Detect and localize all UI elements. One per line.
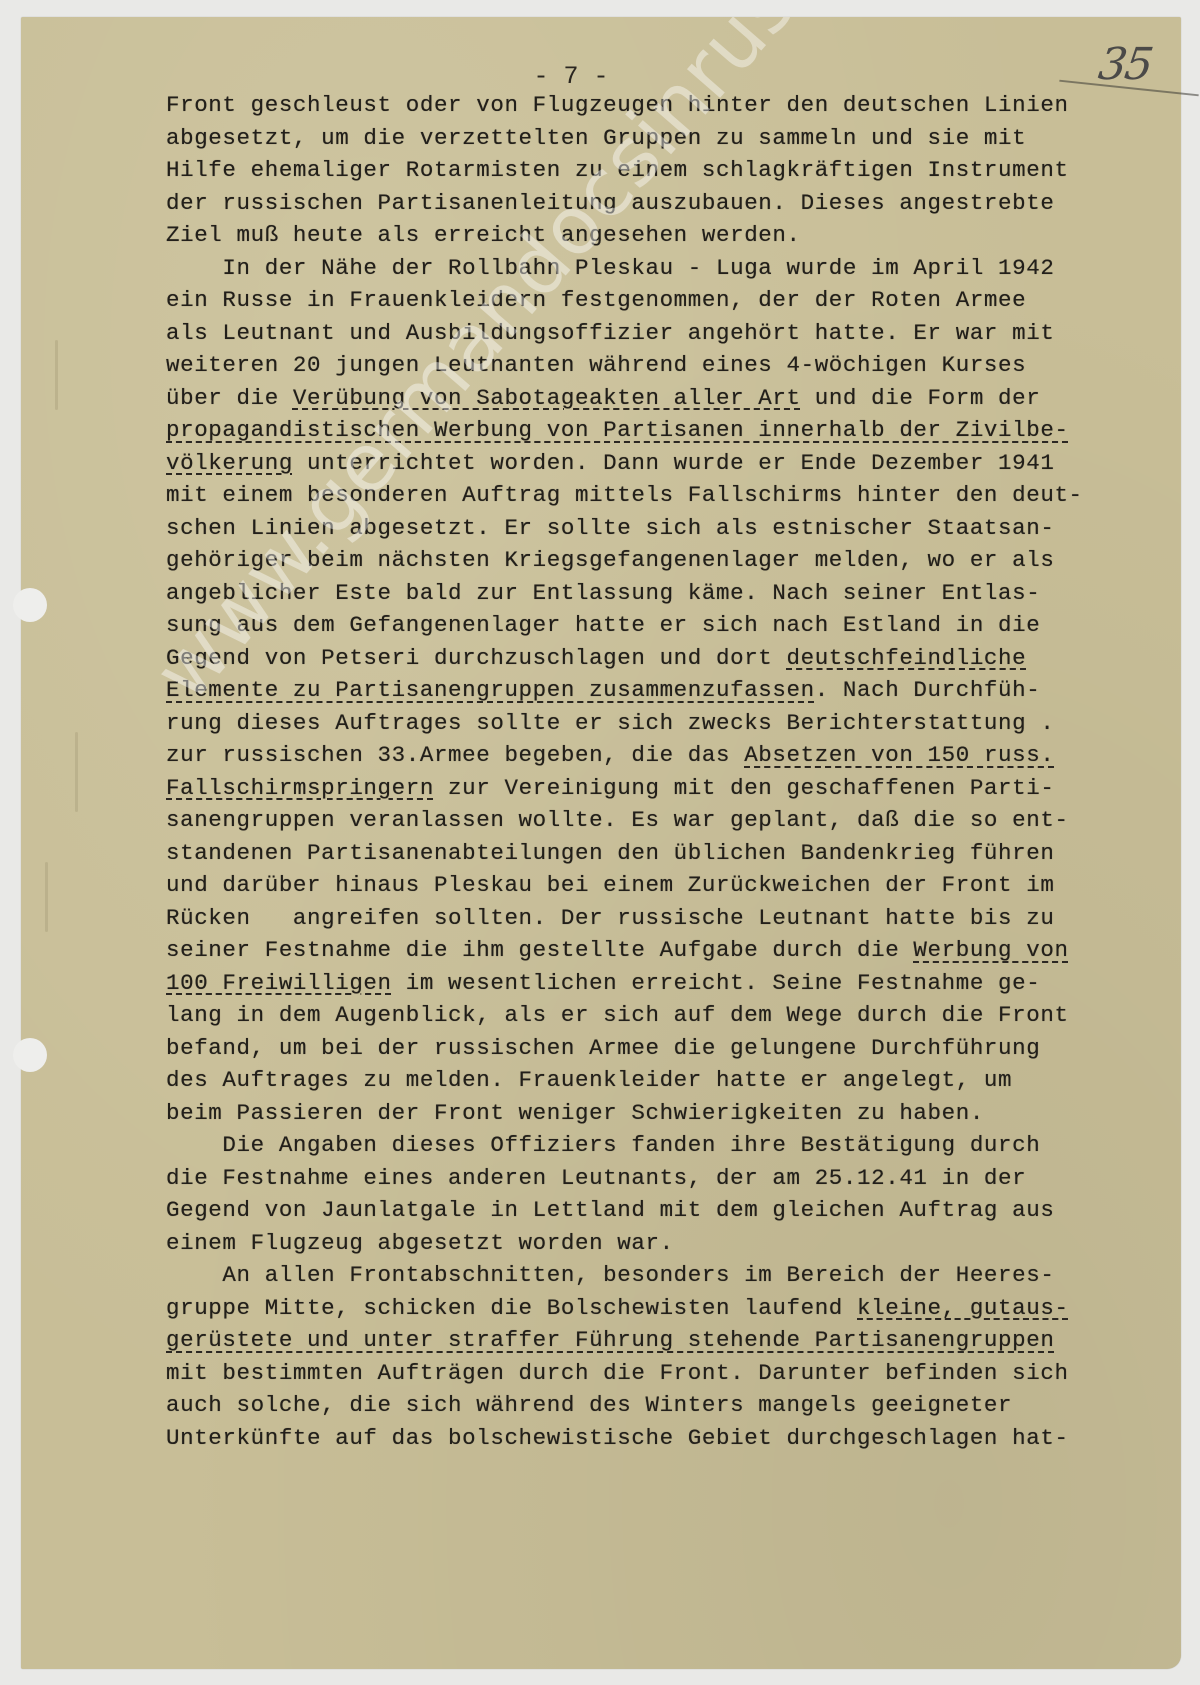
handwritten-archive-number: 35 — [1095, 39, 1154, 90]
text-segment: . Nach Durchfüh- — [815, 677, 1041, 703]
punch-hole-bottom — [13, 1038, 47, 1072]
text-segment: über die — [166, 385, 293, 411]
text-segment: mit einem besonderen Auftrag mittels Fal… — [166, 482, 1083, 508]
text-segment: Front geschleust oder von Flugzeugen hin… — [166, 92, 1069, 118]
text-line: lang in dem Augenblick, als er sich auf … — [166, 999, 1146, 1032]
text-line: gehöriger beim nächsten Kriegsgefangenen… — [166, 544, 1146, 577]
text-segment: und darüber hinaus Pleskau bei einem Zur… — [166, 872, 1054, 898]
text-line: Ziel muß heute als erreicht angesehen we… — [166, 219, 1146, 252]
text-line: Gegend von Jaunlatgale in Lettland mit d… — [166, 1194, 1146, 1227]
text-segment: Ziel muß heute als erreicht angesehen we… — [166, 222, 801, 248]
text-line: beim Passieren der Front weniger Schwier… — [166, 1097, 1146, 1130]
underlined-phrase: Werbung von — [913, 937, 1068, 963]
text-line: einem Flugzeug abgesetzt worden war. — [166, 1227, 1146, 1260]
text-segment: weiteren 20 jungen Leutnanten während ei… — [166, 352, 1026, 378]
text-line: auch solche, die sich während des Winter… — [166, 1389, 1146, 1422]
text-segment: Rücken angreifen sollten. Der russische … — [166, 905, 1054, 931]
text-line: Fallschirmspringern zur Vereinigung mit … — [166, 772, 1146, 805]
text-segment: und die Form der — [801, 385, 1041, 411]
text-segment: gruppe Mitte, schicken die Bolschewisten… — [166, 1295, 857, 1321]
text-line: schen Linien abgesetzt. Er sollte sich a… — [166, 512, 1146, 545]
text-segment: zur russischen 33.Armee begeben, die das — [166, 742, 744, 768]
page-number: - 7 - — [0, 62, 1151, 91]
text-segment: An allen Frontabschnitten, besonders im … — [166, 1262, 1054, 1288]
text-line: Gegend von Petseri durchzuschlagen und d… — [166, 642, 1146, 675]
text-line: völkerung unterrichtet worden. Dann wurd… — [166, 447, 1146, 480]
text-line: Unterkünfte auf das bolschewistische Geb… — [166, 1422, 1146, 1455]
text-segment: Gegend von Jaunlatgale in Lettland mit d… — [166, 1197, 1054, 1223]
text-line: Rücken angreifen sollten. Der russische … — [166, 902, 1146, 935]
underlined-phrase: Fallschirmspringern — [166, 775, 434, 801]
text-segment: rung dieses Auftrages sollte er sich zwe… — [166, 710, 1054, 736]
underlined-phrase: propagandistischen Werbung von Partisane… — [166, 417, 1069, 443]
text-segment: beim Passieren der Front weniger Schwier… — [166, 1100, 984, 1126]
text-line: seiner Festnahme die ihm gestellte Aufga… — [166, 934, 1146, 967]
text-line: mit einem besonderen Auftrag mittels Fal… — [166, 479, 1146, 512]
text-line: An allen Frontabschnitten, besonders im … — [166, 1259, 1146, 1292]
text-line: abgesetzt, um die verzettelten Gruppen z… — [166, 122, 1146, 155]
paper-crease — [45, 862, 48, 932]
text-line: befand, um bei der russischen Armee die … — [166, 1032, 1146, 1065]
text-line: angeblicher Este bald zur Entlassung käm… — [166, 577, 1146, 610]
text-segment: Hilfe ehemaliger Rotarmisten zu einem sc… — [166, 157, 1069, 183]
text-segment: befand, um bei der russischen Armee die … — [166, 1035, 1040, 1061]
text-segment: Gegend von Petseri durchzuschlagen und d… — [166, 645, 787, 671]
text-segment: zur Vereinigung mit den geschaffenen Par… — [434, 775, 1055, 801]
underlined-phrase: Absetzen von 150 russ. — [744, 742, 1054, 768]
text-line: standenen Partisanenabteilungen den übli… — [166, 837, 1146, 870]
text-line: Hilfe ehemaliger Rotarmisten zu einem sc… — [166, 154, 1146, 187]
text-segment: angeblicher Este bald zur Entlassung käm… — [166, 580, 1040, 606]
text-line: Elemente zu Partisanengruppen zusammenzu… — [166, 674, 1146, 707]
text-segment: Die Angaben dieses Offiziers fanden ihre… — [166, 1132, 1040, 1158]
paper-crease — [75, 732, 78, 812]
text-segment: schen Linien abgesetzt. Er sollte sich a… — [166, 515, 1054, 541]
text-line: rung dieses Auftrages sollte er sich zwe… — [166, 707, 1146, 740]
text-line: sanengruppen veranlassen wollte. Es war … — [166, 804, 1146, 837]
text-segment: seiner Festnahme die ihm gestellte Aufga… — [166, 937, 913, 963]
underlined-phrase: Elemente zu Partisanengruppen zusammenzu… — [166, 677, 815, 703]
text-line: als Leutnant und Ausbildungsoffizier ang… — [166, 317, 1146, 350]
text-segment: ein Russe in Frauenkleidern festgenommen… — [166, 287, 1026, 313]
text-segment: sanengruppen veranlassen wollte. Es war … — [166, 807, 1069, 833]
text-line: über die Verübung von Sabotageakten alle… — [166, 382, 1146, 415]
underlined-phrase: deutschfeindliche — [787, 645, 1027, 671]
text-line: der russischen Partisanenleitung auszuba… — [166, 187, 1146, 220]
paper-crease — [55, 340, 58, 410]
text-segment: die Festnahme eines anderen Leutnants, d… — [166, 1165, 1026, 1191]
typewritten-body-text: Front geschleust oder von Flugzeugen hin… — [166, 89, 1146, 1454]
text-segment: mit bestimmten Aufträgen durch die Front… — [166, 1360, 1069, 1386]
text-line: des Auftrages zu melden. Frauenkleider h… — [166, 1064, 1146, 1097]
text-line: mit bestimmten Aufträgen durch die Front… — [166, 1357, 1146, 1390]
text-segment: gehöriger beim nächsten Kriegsgefangenen… — [166, 547, 1054, 573]
text-segment: im wesentlichen erreicht. Seine Festnahm… — [392, 970, 1041, 996]
underlined-phrase: Verübung von Sabotageakten aller Art — [293, 385, 801, 411]
document-page: - 7 - 35 Front geschleust oder von Flugz… — [21, 17, 1181, 1669]
text-line: sung aus dem Gefangenenlager hatte er si… — [166, 609, 1146, 642]
text-segment: Unterkünfte auf das bolschewistische Geb… — [166, 1425, 1069, 1451]
text-segment: einem Flugzeug abgesetzt worden war. — [166, 1230, 674, 1256]
text-line: 100 Freiwilligen im wesentlichen erreich… — [166, 967, 1146, 1000]
underlined-phrase: 100 Freiwilligen — [166, 970, 392, 996]
text-segment: standenen Partisanenabteilungen den übli… — [166, 840, 1054, 866]
text-line: gerüstete und unter straffer Führung ste… — [166, 1324, 1146, 1357]
text-line: ein Russe in Frauenkleidern festgenommen… — [166, 284, 1146, 317]
text-segment: lang in dem Augenblick, als er sich auf … — [166, 1002, 1069, 1028]
text-line: In der Nähe der Rollbahn Pleskau - Luga … — [166, 252, 1146, 285]
text-line: Die Angaben dieses Offiziers fanden ihre… — [166, 1129, 1146, 1162]
text-segment: auch solche, die sich während des Winter… — [166, 1392, 1012, 1418]
text-segment: als Leutnant und Ausbildungsoffizier ang… — [166, 320, 1054, 346]
text-line: weiteren 20 jungen Leutnanten während ei… — [166, 349, 1146, 382]
underlined-phrase: völkerung — [166, 450, 293, 476]
text-segment: der russischen Partisanenleitung auszuba… — [166, 190, 1054, 216]
text-segment: des Auftrages zu melden. Frauenkleider h… — [166, 1067, 1012, 1093]
text-line: zur russischen 33.Armee begeben, die das… — [166, 739, 1146, 772]
text-segment: abgesetzt, um die verzettelten Gruppen z… — [166, 125, 1026, 151]
text-line: Front geschleust oder von Flugzeugen hin… — [166, 89, 1146, 122]
text-line: gruppe Mitte, schicken die Bolschewisten… — [166, 1292, 1146, 1325]
underlined-phrase: gerüstete und unter straffer Führung ste… — [166, 1327, 1054, 1353]
text-segment: unterrichtet worden. Dann wurde er Ende … — [293, 450, 1055, 476]
punch-hole-top — [13, 588, 47, 622]
text-line: propagandistischen Werbung von Partisane… — [166, 414, 1146, 447]
underlined-phrase: kleine, gutaus- — [857, 1295, 1069, 1321]
text-segment: sung aus dem Gefangenenlager hatte er si… — [166, 612, 1040, 638]
text-line: und darüber hinaus Pleskau bei einem Zur… — [166, 869, 1146, 902]
text-segment: In der Nähe der Rollbahn Pleskau - Luga … — [166, 255, 1054, 281]
text-line: die Festnahme eines anderen Leutnants, d… — [166, 1162, 1146, 1195]
